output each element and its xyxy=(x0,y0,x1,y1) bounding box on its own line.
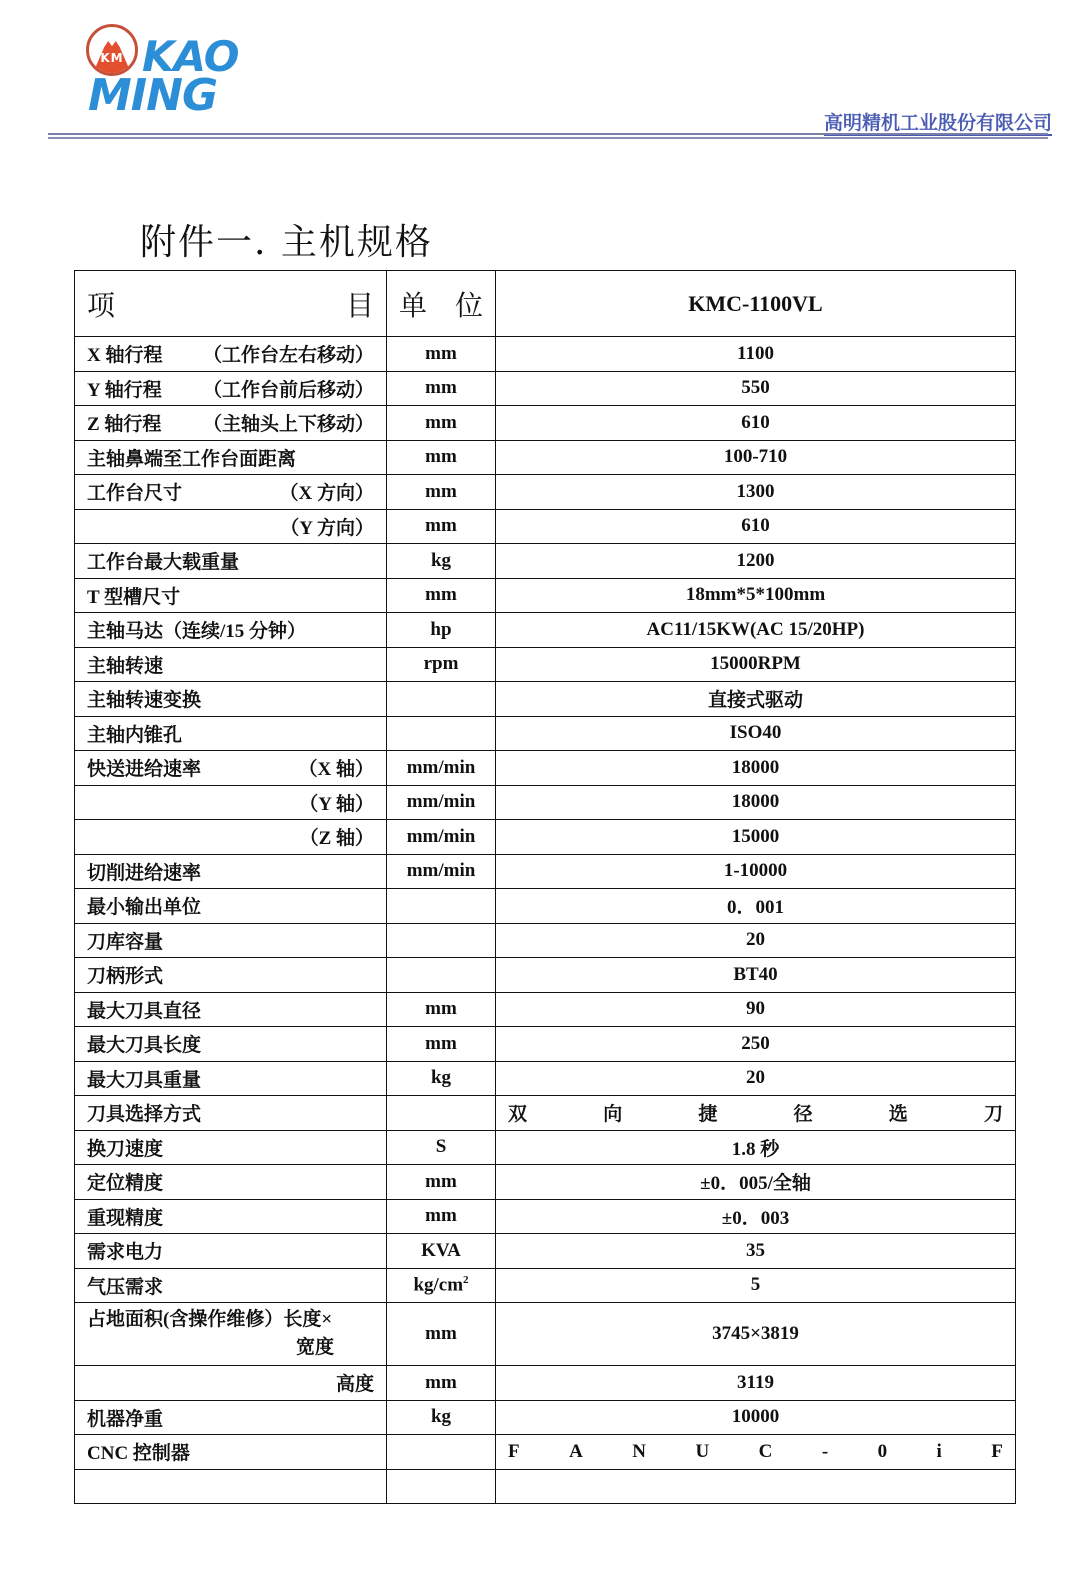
km-mountain-badge-icon: KM xyxy=(86,24,138,76)
table-row: （Y 轴）mm/min18000 xyxy=(75,785,1016,820)
spec-item-label: 最大刀具重量 xyxy=(87,1065,201,1092)
spec-item-label: 最大刀具长度 xyxy=(87,1030,201,1057)
spec-item-label: 快送进给速率 xyxy=(87,754,201,781)
spec-value-spread: 双向捷径选刀 xyxy=(496,1099,1015,1126)
spec-item-label: Y 轴行程 xyxy=(87,375,162,402)
spec-unit-cell: mm xyxy=(387,1366,496,1401)
spec-item-note: （工作台左右移动） xyxy=(203,340,374,367)
spec-item-cell: （Y 方向） xyxy=(75,509,387,544)
table-row: （Y 方向）mm610 xyxy=(75,509,1016,544)
spec-unit-cell: mm/min xyxy=(387,751,496,786)
spec-value-cell: 1.8 秒 xyxy=(496,1130,1016,1165)
spec-value-cell: 1-10000 xyxy=(496,854,1016,889)
table-row: 快送进给速率（X 轴）mm/min18000 xyxy=(75,751,1016,786)
spec-unit-cell: kg xyxy=(387,1400,496,1435)
spec-item-note: （X 方向） xyxy=(280,478,374,505)
spec-item-cell: 最大刀具直径 xyxy=(75,992,387,1027)
table-row: 主轴马达（连续/15 分钟）hpAC11/15KW(AC 15/20HP) xyxy=(75,613,1016,648)
spec-value-char: 向 xyxy=(603,1099,622,1126)
spec-unit-cell xyxy=(387,716,496,751)
spec-value-cell: 15000RPM xyxy=(496,647,1016,682)
spec-item-note: （Z 轴） xyxy=(300,823,374,850)
spec-item-note: （工作台前后移动） xyxy=(203,375,374,402)
spec-item-label: 主轴马达（连续/15 分钟） xyxy=(87,616,306,643)
spec-item-cell: T 型槽尺寸 xyxy=(75,578,387,613)
spec-item-label: 刀柄形式 xyxy=(87,961,163,988)
table-row: T 型槽尺寸mm18mm*5*100mm xyxy=(75,578,1016,613)
column-header-unit-right: 位 xyxy=(455,284,483,324)
table-row: 切削进给速率mm/min1-10000 xyxy=(75,854,1016,889)
spec-unit-cell: hp xyxy=(387,613,496,648)
table-row: 刀柄形式BT40 xyxy=(75,958,1016,993)
spec-unit-cell: mm/min xyxy=(387,820,496,855)
spec-value-cell: 18mm*5*100mm xyxy=(496,578,1016,613)
table-row: 工作台最大载重量kg1200 xyxy=(75,544,1016,579)
table-row: 最小输出单位0．001 xyxy=(75,889,1016,924)
table-row: Y 轴行程（工作台前后移动）mm550 xyxy=(75,371,1016,406)
spec-unit-cell: mm xyxy=(387,509,496,544)
table-row: 刀库容量20 xyxy=(75,923,1016,958)
table-header-row: 项 目 单 位 KMC-1100VL xyxy=(75,271,1016,337)
spec-value-cell: ±0．005/全轴 xyxy=(496,1165,1016,1200)
spec-item-cell: 机器净重 xyxy=(75,1400,387,1435)
spec-item-cell: 刀柄形式 xyxy=(75,958,387,993)
spec-unit-cell xyxy=(387,682,496,717)
header-divider-bottom xyxy=(48,137,1048,139)
spec-item-label: 刀具选择方式 xyxy=(87,1099,201,1126)
spec-value-cell: 3119 xyxy=(496,1366,1016,1401)
spec-item-cell: 切削进给速率 xyxy=(75,854,387,889)
spec-unit-cell: mm/min xyxy=(387,854,496,889)
spec-item-cell: CNC 控制器 xyxy=(75,1435,387,1470)
spec-item-label: 主轴转速变换 xyxy=(87,685,201,712)
spec-value-cell: 18000 xyxy=(496,785,1016,820)
spec-value-cell: 3745×3819 xyxy=(496,1303,1016,1366)
spec-value-char: 捷 xyxy=(698,1099,717,1126)
logo-word-ming: MING xyxy=(88,74,217,118)
spec-item-cell: 气压需求 xyxy=(75,1268,387,1303)
spec-value-cell: BT40 xyxy=(496,958,1016,993)
spec-item-cell: 定位精度 xyxy=(75,1165,387,1200)
spec-unit-cell xyxy=(387,1469,496,1503)
spec-item-cell: 主轴内锥孔 xyxy=(75,716,387,751)
spec-unit-cell: rpm xyxy=(387,647,496,682)
spec-value-spread: FANUC-0iF xyxy=(496,1441,1015,1463)
spec-item-label: 气压需求 xyxy=(87,1272,163,1299)
column-header-item-left: 项 xyxy=(87,284,115,324)
spec-unit-cell: mm xyxy=(387,578,496,613)
spec-item-label: 定位精度 xyxy=(87,1168,163,1195)
spec-value-char: U xyxy=(695,1441,709,1463)
spec-item-note: （Y 方向） xyxy=(280,513,374,540)
spec-item-label: 占地面积(含操作维修）长度× xyxy=(87,1309,332,1330)
spec-value-cell: 610 xyxy=(496,509,1016,544)
spec-value-cell: 0．001 xyxy=(496,889,1016,924)
spec-value-char: 刀 xyxy=(984,1099,1003,1126)
spec-value-cell: 双向捷径选刀 xyxy=(496,1096,1016,1131)
spec-value-cell: 直接式驱动 xyxy=(496,682,1016,717)
spec-value-cell xyxy=(496,1469,1016,1503)
spec-value-char: 径 xyxy=(794,1099,813,1126)
spec-value-char: i xyxy=(937,1441,942,1463)
spec-unit-cell: mm xyxy=(387,992,496,1027)
spec-item-note: （主轴头上下移动） xyxy=(203,409,374,436)
spec-unit-cell: KVA xyxy=(387,1234,496,1269)
spec-unit-cell xyxy=(387,958,496,993)
table-row: 机器净重kg10000 xyxy=(75,1400,1016,1435)
spec-item-label: 切削进给速率 xyxy=(87,858,201,885)
spec-table: 项 目 单 位 KMC-1100VL X 轴行程（工作台左右移动）mm1100Y… xyxy=(74,270,1016,1504)
spec-value-char: A xyxy=(569,1441,583,1463)
spec-item-cell: 重现精度 xyxy=(75,1199,387,1234)
column-header-unit: 单 位 xyxy=(387,271,496,337)
spec-item-cell: 主轴鼻端至工作台面距离 xyxy=(75,440,387,475)
spec-value-cell: 1200 xyxy=(496,544,1016,579)
spec-value-char: 选 xyxy=(889,1099,908,1126)
spec-item-note: （Y 轴） xyxy=(299,789,374,816)
spec-item-cell: 主轴转速 xyxy=(75,647,387,682)
header-divider-top xyxy=(48,133,1048,135)
spec-unit-superscript: 2 xyxy=(463,1274,469,1286)
column-header-model: KMC-1100VL xyxy=(496,271,1016,337)
spec-unit-cell: mm xyxy=(387,371,496,406)
spec-item-cell: 工作台最大载重量 xyxy=(75,544,387,579)
table-row: 重现精度mm±0．003 xyxy=(75,1199,1016,1234)
spec-unit-cell xyxy=(387,1435,496,1470)
spec-value-char: 双 xyxy=(508,1099,527,1126)
spec-item-cell xyxy=(75,1469,387,1503)
spec-value-cell: 250 xyxy=(496,1027,1016,1062)
spec-unit-cell: mm xyxy=(387,440,496,475)
spec-item-label: 主轴内锥孔 xyxy=(87,720,182,747)
spec-item-cell: 主轴转速变换 xyxy=(75,682,387,717)
spec-item-label: 需求电力 xyxy=(87,1237,163,1264)
spec-value-cell: 20 xyxy=(496,1061,1016,1096)
spec-unit-cell xyxy=(387,889,496,924)
table-row: 气压需求kg/cm25 xyxy=(75,1268,1016,1303)
spec-unit-cell: mm xyxy=(387,1199,496,1234)
spec-unit-cell: mm xyxy=(387,1303,496,1366)
spec-value-cell: 610 xyxy=(496,406,1016,441)
table-row: 换刀速度S1.8 秒 xyxy=(75,1130,1016,1165)
spec-unit-cell: mm xyxy=(387,1027,496,1062)
spec-item-label: X 轴行程 xyxy=(87,340,162,367)
table-row: CNC 控制器FANUC-0iF xyxy=(75,1435,1016,1470)
table-row: 最大刀具长度mm250 xyxy=(75,1027,1016,1062)
spec-value-cell: FANUC-0iF xyxy=(496,1435,1016,1470)
spec-item-cell: X 轴行程（工作台左右移动） xyxy=(75,337,387,372)
spec-unit-cell: S xyxy=(387,1130,496,1165)
spec-value-char: 0 xyxy=(878,1441,888,1463)
table-row: Z 轴行程（主轴头上下移动）mm610 xyxy=(75,406,1016,441)
spec-item-cell: （Y 轴） xyxy=(75,785,387,820)
spec-value-cell: 550 xyxy=(496,371,1016,406)
spec-value-char: C xyxy=(759,1441,773,1463)
column-header-item: 项 目 xyxy=(75,271,387,337)
spec-value-cell: 35 xyxy=(496,1234,1016,1269)
document-title: 附件一. 主机规格 xyxy=(140,214,433,265)
spec-item-label: 最小输出单位 xyxy=(87,892,201,919)
column-header-unit-left: 单 xyxy=(399,284,427,324)
spec-item-cell: Z 轴行程（主轴头上下移动） xyxy=(75,406,387,441)
spec-item-cell: 需求电力 xyxy=(75,1234,387,1269)
spec-item-label: Z 轴行程 xyxy=(87,409,161,436)
spec-item-label: 换刀速度 xyxy=(87,1134,163,1161)
table-row: 定位精度mm±0．005/全轴 xyxy=(75,1165,1016,1200)
spec-item-label: 主轴转速 xyxy=(87,651,163,678)
spec-unit-cell: kg xyxy=(387,1061,496,1096)
spec-item-note: （X 轴） xyxy=(299,754,374,781)
company-logo: KM KAO MING xyxy=(84,22,274,118)
spec-value-cell: 15000 xyxy=(496,820,1016,855)
spec-item-label: 最大刀具直径 xyxy=(87,996,201,1023)
spec-item-cell: 工作台尺寸（X 方向） xyxy=(75,475,387,510)
table-row: 主轴鼻端至工作台面距离mm100-710 xyxy=(75,440,1016,475)
table-row: （Z 轴）mm/min15000 xyxy=(75,820,1016,855)
spec-item-label: 刀库容量 xyxy=(87,927,163,954)
spec-item-note: 高度 xyxy=(336,1369,374,1396)
logo-badge-text: KM xyxy=(89,51,135,65)
spec-value-char: - xyxy=(822,1441,828,1463)
spec-unit-cell: mm xyxy=(387,406,496,441)
spec-value-cell: 1100 xyxy=(496,337,1016,372)
column-header-item-right: 目 xyxy=(346,284,374,324)
table-row: 高度mm3119 xyxy=(75,1366,1016,1401)
spec-value-cell: 1300 xyxy=(496,475,1016,510)
spec-item-cell: 快送进给速率（X 轴） xyxy=(75,751,387,786)
spec-value-cell: 18000 xyxy=(496,751,1016,786)
spec-value-char: F xyxy=(508,1441,520,1463)
spec-unit-cell: kg xyxy=(387,544,496,579)
spec-item-cell: 换刀速度 xyxy=(75,1130,387,1165)
spec-item-cell: 最大刀具长度 xyxy=(75,1027,387,1062)
spec-value-cell: 5 xyxy=(496,1268,1016,1303)
spec-item-label: 工作台尺寸 xyxy=(87,478,182,505)
spec-value-cell: 20 xyxy=(496,923,1016,958)
spec-item-label: 重现精度 xyxy=(87,1203,163,1230)
table-row: 主轴转速变换直接式驱动 xyxy=(75,682,1016,717)
spec-item-label: 机器净重 xyxy=(87,1404,163,1431)
spec-value-cell: 100-710 xyxy=(496,440,1016,475)
spec-item-cell: 最大刀具重量 xyxy=(75,1061,387,1096)
table-row: 需求电力KVA35 xyxy=(75,1234,1016,1269)
spec-unit: kg/cm xyxy=(413,1274,463,1295)
table-row: 主轴内锥孔ISO40 xyxy=(75,716,1016,751)
table-row: 最大刀具重量kg20 xyxy=(75,1061,1016,1096)
spec-item-cell: 主轴马达（连续/15 分钟） xyxy=(75,613,387,648)
spec-unit-cell: mm xyxy=(387,337,496,372)
table-row: 刀具选择方式双向捷径选刀 xyxy=(75,1096,1016,1131)
table-row xyxy=(75,1469,1016,1503)
spec-item-cell: 刀库容量 xyxy=(75,923,387,958)
spec-item-label: CNC 控制器 xyxy=(87,1438,190,1465)
spec-item-label: 工作台最大载重量 xyxy=(87,547,239,574)
spec-item-cell: 最小输出单位 xyxy=(75,889,387,924)
spec-value-cell: ±0．003 xyxy=(496,1199,1016,1234)
table-row: 最大刀具直径mm90 xyxy=(75,992,1016,1027)
spec-unit-cell: mm xyxy=(387,475,496,510)
spec-value-cell: 90 xyxy=(496,992,1016,1027)
spec-value-char: N xyxy=(632,1441,646,1463)
spec-unit-cell xyxy=(387,1096,496,1131)
spec-item-cell: Y 轴行程（工作台前后移动） xyxy=(75,371,387,406)
spec-value-cell: AC11/15KW(AC 15/20HP) xyxy=(496,613,1016,648)
spec-unit-cell: kg/cm2 xyxy=(387,1268,496,1303)
spec-item-cell: 高度 xyxy=(75,1366,387,1401)
spec-value-cell: 10000 xyxy=(496,1400,1016,1435)
spec-item-cell: （Z 轴） xyxy=(75,820,387,855)
spec-value-char: F xyxy=(991,1441,1003,1463)
spec-unit-cell xyxy=(387,923,496,958)
spec-unit-cell: mm/min xyxy=(387,785,496,820)
table-row: 工作台尺寸（X 方向）mm1300 xyxy=(75,475,1016,510)
table-row: 占地面积(含操作维修）长度×宽度mm3745×3819 xyxy=(75,1303,1016,1366)
spec-item-label: 主轴鼻端至工作台面距离 xyxy=(87,444,296,471)
table-row: 主轴转速rpm15000RPM xyxy=(75,647,1016,682)
table-row: X 轴行程（工作台左右移动）mm1100 xyxy=(75,337,1016,372)
spec-value-cell: ISO40 xyxy=(496,716,1016,751)
spec-item-label-line2: 宽度 xyxy=(87,1334,374,1362)
spec-item-cell: 刀具选择方式 xyxy=(75,1096,387,1131)
spec-item-cell: 占地面积(含操作维修）长度×宽度 xyxy=(75,1303,387,1366)
spec-unit-cell: mm xyxy=(387,1165,496,1200)
spec-item-label: T 型槽尺寸 xyxy=(87,582,180,609)
